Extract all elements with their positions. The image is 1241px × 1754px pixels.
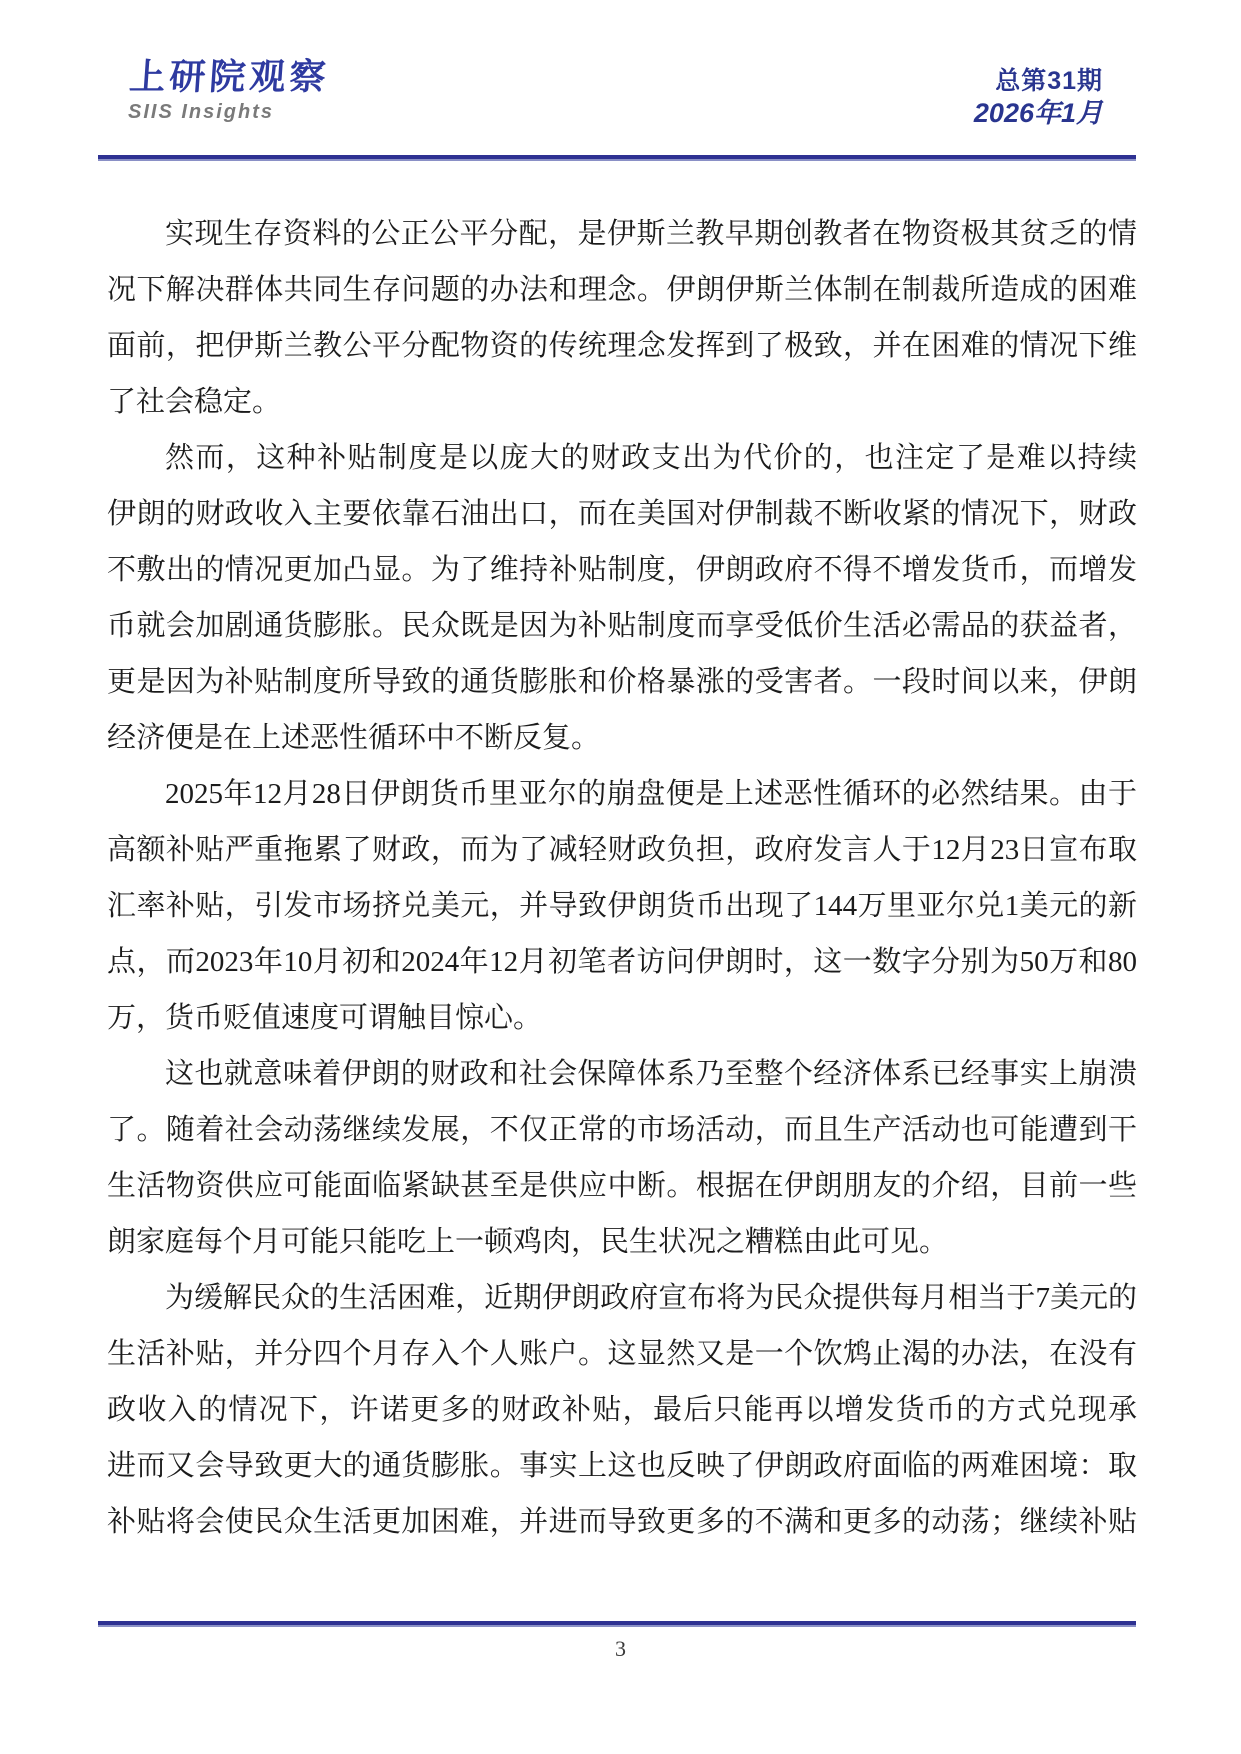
paragraph-line: 万，货币贬值速度可谓触目惊心。 <box>107 990 1137 1046</box>
paragraph-line: 生活物资供应可能面临紧缺甚至是供应中断。根据在伊朗朋友的介绍，目前一些伊 <box>107 1158 1137 1214</box>
logo-english-title: SIIS Insights <box>128 101 328 124</box>
publication-logo: 上研院观察 SIIS Insights <box>128 58 328 124</box>
paragraph-line: 2025年12月28日伊朗货币里亚尔的崩盘便是上述恶性循环的必然结果。由于 <box>107 766 1137 822</box>
paragraph-line: 伊朗的财政收入主要依靠石油出口，而在美国对伊制裁不断收紧的情况下，财政入 <box>107 486 1137 542</box>
paragraph-line: 朗家庭每个月可能只能吃上一顿鸡肉，民生状况之糟糕由此可见。 <box>107 1214 1137 1270</box>
issue-date: 2026年1月 <box>974 98 1103 128</box>
paragraph-line: 然而，这种补贴制度是以庞大的财政支出为代价的，也注定了是难以持续的。 <box>107 430 1137 486</box>
paragraph-line: 汇率补贴，引发市场挤兑美元，并导致伊朗货币出现了144万里亚尔兑1美元的新低 <box>107 878 1137 934</box>
page-number: 3 <box>0 1636 1241 1662</box>
document-body: 实现生存资料的公正公平分配，是伊斯兰教早期创教者在物资极其贫乏的情况下解决群体共… <box>107 206 1137 1550</box>
paragraph-line: 更是因为补贴制度所导致的通货膨胀和价格暴涨的受害者。一段时间以来，伊朗的 <box>107 654 1137 710</box>
logo-chinese-title: 上研院观察 <box>128 58 331 98</box>
issue-info: 总第31期 2026年1月 <box>974 66 1103 128</box>
paragraph-line: 况下解决群体共同生存问题的办法和理念。伊朗伊斯兰体制在制裁所造成的困难 <box>107 262 1137 318</box>
paragraph-line: 补贴将会使民众生活更加困难，并进而导致更多的不满和更多的动荡；继续补贴则 <box>107 1494 1137 1550</box>
paragraph-line: 经济便是在上述恶性循环中不断反复。 <box>107 710 1137 766</box>
header-rule <box>98 155 1136 161</box>
paragraph-line: 了。随着社会动荡继续发展，不仅正常的市场活动，而且生产活动也可能遭到干扰， <box>107 1102 1137 1158</box>
paragraph-line: 不敷出的情况更加凸显。为了维持补贴制度，伊朗政府不得不增发货币，而增发货 <box>107 542 1137 598</box>
paragraph-line: 点，而2023年10月初和2024年12月初笔者访问伊朗时，这一数字分别为50万… <box>107 934 1137 990</box>
issue-number: 总第31期 <box>974 66 1103 96</box>
paragraph-line: 政收入的情况下，许诺更多的财政补贴，最后只能再以增发货币的方式兑现承诺， <box>107 1382 1137 1438</box>
paragraph-line: 为缓解民众的生活困难，近期伊朗政府宣布将为民众提供每月相当于7美元的 <box>107 1270 1137 1326</box>
paragraph-line: 这也就意味着伊朗的财政和社会保障体系乃至整个经济体系已经事实上崩溃 <box>107 1046 1137 1102</box>
paragraph-line: 生活补贴，并分四个月存入个人账户。这显然又是一个饮鸩止渴的办法，在没有财 <box>107 1326 1137 1382</box>
paragraph-line: 了社会稳定。 <box>107 374 1137 430</box>
document-page: 上研院观察 SIIS Insights 总第31期 2026年1月 实现生存资料… <box>0 0 1241 1754</box>
footer-rule <box>98 1621 1136 1627</box>
paragraph-line: 高额补贴严重拖累了财政，而为了减轻财政负担，政府发言人于12月23日宣布取消 <box>107 822 1137 878</box>
paragraph-line: 币就会加剧通货膨胀。民众既是因为补贴制度而享受低价生活必需品的获益者，但 <box>107 598 1137 654</box>
paragraph-line: 实现生存资料的公正公平分配，是伊斯兰教早期创教者在物资极其贫乏的情 <box>107 206 1137 262</box>
paragraph-line: 进而又会导致更大的通货膨胀。事实上这也反映了伊朗政府面临的两难困境：取消 <box>107 1438 1137 1494</box>
paragraph-line: 面前，把伊斯兰教公平分配物资的传统理念发挥到了极致，并在困难的情况下维持 <box>107 318 1137 374</box>
